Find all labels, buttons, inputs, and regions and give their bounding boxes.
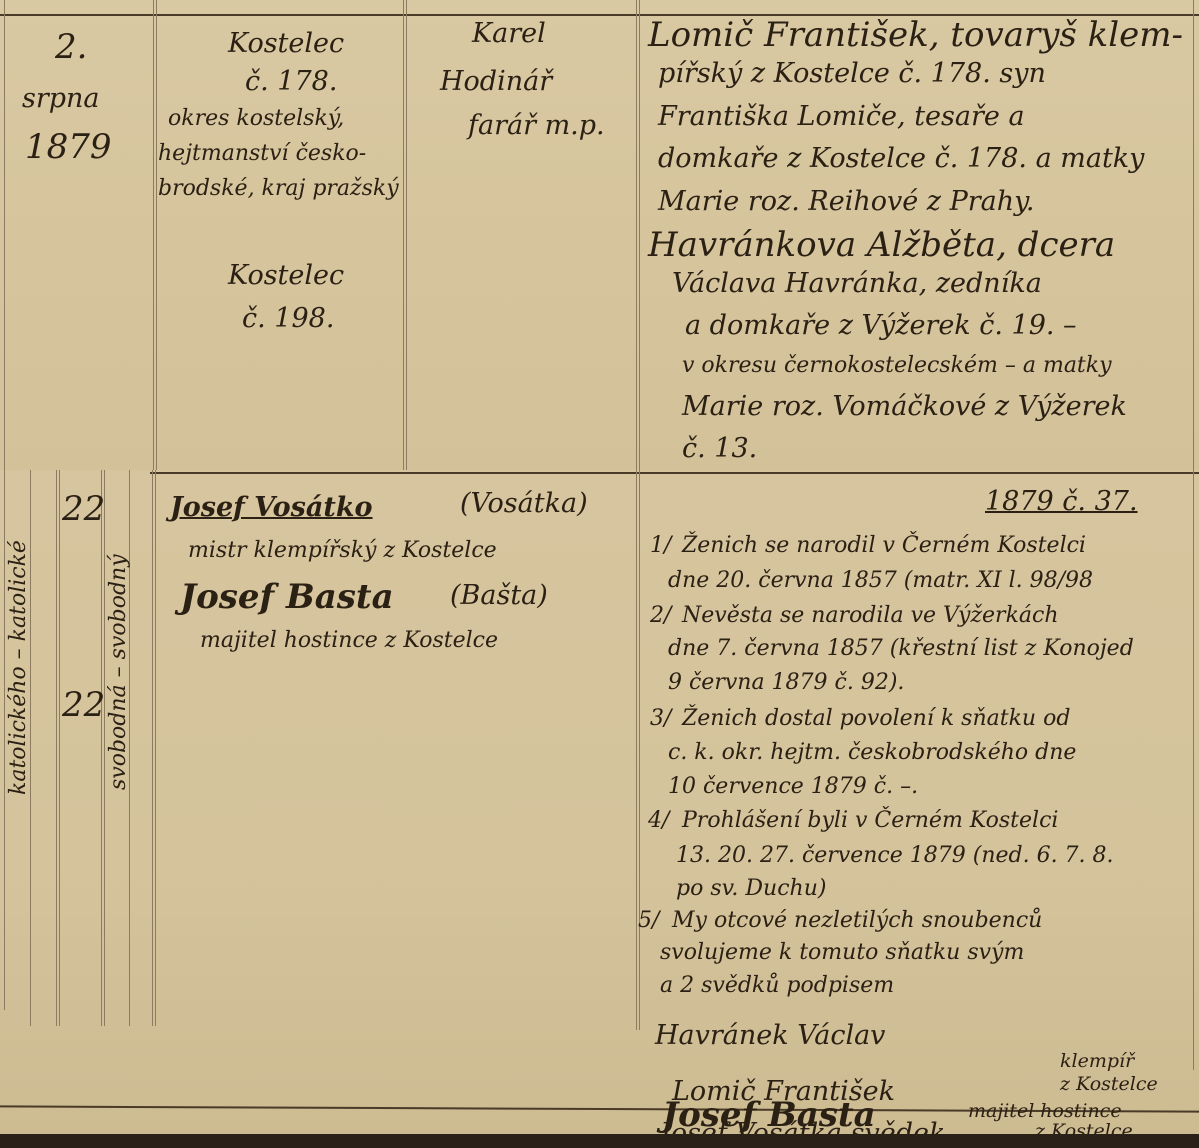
- register-reference: 1879 č. 37.: [985, 488, 1138, 515]
- column-rule: [153, 0, 157, 470]
- groom-age: 22: [62, 492, 105, 526]
- column-rule: [1193, 0, 1194, 470]
- marital-status-entry: svobodná – svobodný: [108, 554, 130, 790]
- signature-suffix: klempíř: [1060, 1052, 1134, 1071]
- column-rule: [56, 470, 60, 1026]
- column-rule: [636, 0, 640, 470]
- column-rule: [101, 470, 105, 1026]
- column-rule: [636, 470, 640, 1030]
- witness-name: Josef Vosátko: [170, 494, 373, 521]
- witness-description: mistr klempířský z Kostelce: [188, 540, 497, 562]
- column-rule: [403, 0, 407, 470]
- signature-suffix: z Kostelce: [1060, 1075, 1158, 1094]
- bride-age: 22: [62, 688, 105, 722]
- witness-name: Josef Basta: [180, 580, 394, 614]
- entry-day: 2.: [55, 30, 87, 64]
- entry-year: 1879: [25, 130, 112, 164]
- scan-edge: [0, 1134, 1199, 1148]
- register-page-upper: 2. srpna 1879 Kostelec č. 178. okres kos…: [0, 0, 1199, 470]
- signature-suffix: majitel hostince: [968, 1102, 1122, 1121]
- row-divider: [150, 472, 1199, 474]
- witness-alt-name: (Vosátka): [460, 490, 588, 517]
- witness-alt-name: (Bašta): [450, 582, 548, 609]
- column-rule: [152, 470, 156, 1026]
- column-rule: [4, 470, 5, 1010]
- entry-month: srpna: [22, 85, 100, 112]
- column-rule: [1193, 470, 1194, 1070]
- signature: Josef Basta: [662, 1098, 876, 1132]
- signature: Havránek Václav: [655, 1022, 885, 1049]
- witness-description: majitel hostince z Kostelce: [200, 630, 498, 652]
- register-page-lower: katolického – katolické 22 22 svobodná –…: [0, 470, 1199, 1134]
- column-rule: [4, 0, 5, 470]
- religion-entry: katolického – katolické: [8, 540, 30, 795]
